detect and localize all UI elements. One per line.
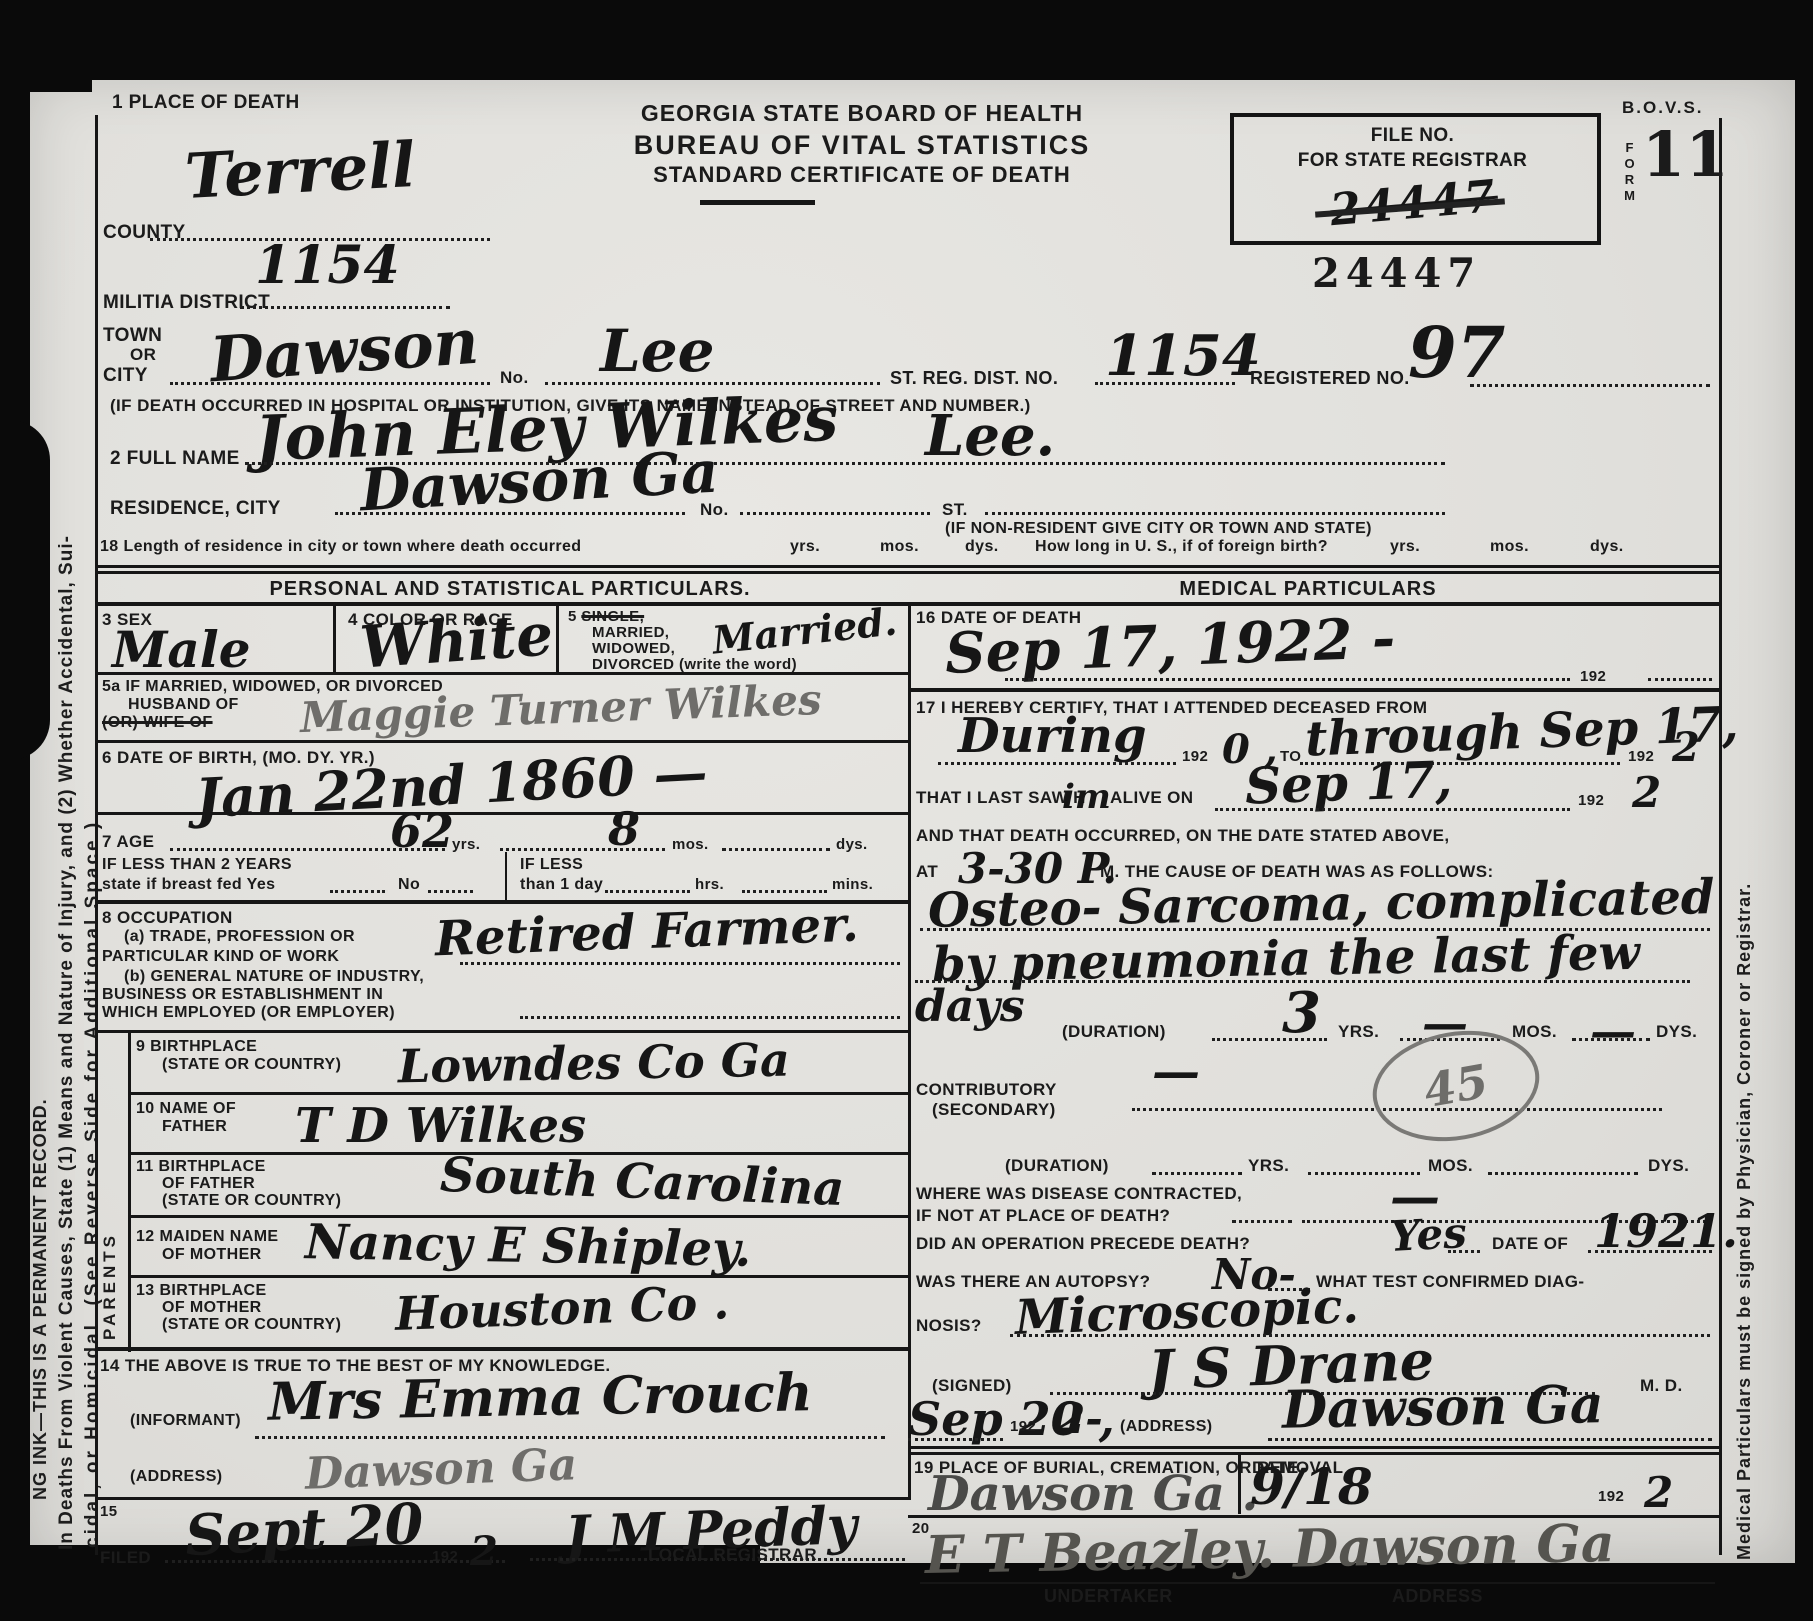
st-reg-dist-label: ST. REG. DIST. NO. <box>890 368 1058 389</box>
residence-value: Dawson Ga <box>359 443 720 520</box>
registered-no-label: REGISTERED NO. <box>1250 368 1410 389</box>
occupation-value: Retired Farmer. <box>434 901 859 964</box>
signed-year-value: 2- <box>1056 1398 1103 1440</box>
militia-district-value: 1154 <box>255 240 400 292</box>
section-title-rule <box>95 602 1719 606</box>
filed-date-value: Sept 20 <box>184 1496 425 1564</box>
duration1-yrs-value: 3 <box>1282 985 1321 1041</box>
from-192-label: 192 <box>1182 748 1208 765</box>
father-name-label: 10 NAME OF <box>136 1100 236 1118</box>
signed-address-line <box>1268 1438 1712 1441</box>
signed-192-label: 192 <box>1010 1418 1036 1435</box>
undertaker-value: E T Beazley. Dawson Ga <box>925 1518 1615 1582</box>
father-name-value: T D Wilkes <box>295 1102 586 1150</box>
residence-st-label: ST. <box>942 500 968 520</box>
rule-mother-row <box>128 1275 908 1278</box>
residence-no-label: No. <box>700 500 729 520</box>
than-1-day-label: than 1 day <box>520 876 603 894</box>
mother-name-value: Nancy E Shipley. <box>305 1218 752 1274</box>
town-no-label: No. <box>500 368 529 388</box>
father-birthplace-sub-label: OF FATHER <box>162 1175 255 1193</box>
filed-label: FILED <box>100 1548 151 1568</box>
burial-place-value: Dawson Ga . <box>928 1470 1258 1518</box>
last-saw-label-1: THAT I LAST SAW H <box>916 788 1086 808</box>
file-no-label: FILE NO. <box>1240 125 1585 147</box>
rule-spouse-row <box>95 740 908 743</box>
operation-date-value: 1921. <box>1594 1208 1738 1254</box>
scan-corner-blob <box>0 0 92 92</box>
rule-signed-row-2 <box>908 1452 1719 1455</box>
duration2-yrs-unit: YRS. <box>1248 1156 1289 1176</box>
duration2-dys-unit: DYS. <box>1648 1156 1689 1176</box>
age-mos-unit: mos. <box>672 836 709 853</box>
birthplace-label: 9 BIRTHPLACE <box>136 1038 257 1056</box>
place-of-death-label: 1 PLACE OF DEATH <box>112 92 300 114</box>
date-of-death-value: Sep 17, 1922 - <box>944 610 1396 682</box>
last-saw-date-value: Sep 17, <box>1244 754 1453 811</box>
informant-address-label: (ADDRESS) <box>130 1468 223 1486</box>
signed-address-label: (ADDRESS) <box>1120 1418 1213 1436</box>
age-months-value: 8 <box>608 806 640 852</box>
dod-year-line <box>1648 678 1712 681</box>
last-saw-year-value: 2 <box>1632 772 1661 814</box>
marital-widowed-label: WIDOWED, <box>592 640 675 657</box>
marital-married-label: MARRIED, <box>592 624 669 641</box>
street-district-value: Lee <box>600 322 715 380</box>
last-saw-him-value: im <box>1062 780 1111 814</box>
duration2-yrs-line <box>1152 1172 1242 1175</box>
age-yrs-unit: yrs. <box>452 836 480 853</box>
signed-address-value: Dawson Ga <box>1282 1379 1604 1437</box>
rule-parents-end <box>95 1347 908 1351</box>
duration1-yrs-unit: YRS. <box>1338 1022 1379 1042</box>
town-line <box>170 382 490 385</box>
race-marital-divider <box>556 604 559 672</box>
secondary-label: (SECONDARY) <box>932 1100 1056 1120</box>
parents-inner-border <box>128 1030 131 1352</box>
duration1-dys-unit: DYS. <box>1656 1022 1697 1042</box>
duration1-mos-unit: MOS. <box>1512 1022 1557 1042</box>
age-years-line <box>170 848 445 851</box>
father-birthplace-value: South Carolina <box>439 1151 845 1213</box>
at-label: AT <box>916 862 938 882</box>
birthplace-value: Lowndes Co Ga <box>398 1037 791 1090</box>
registered-no-value: 97 <box>1408 318 1505 388</box>
race-value: White <box>358 605 555 676</box>
occupation-b1-label: (b) GENERAL NATURE OF INDUSTRY, <box>124 968 424 986</box>
contributory-label: CONTRIBUTORY <box>916 1080 1057 1100</box>
file-no-label-2: FOR STATE REGISTRAR <box>1240 150 1585 172</box>
where-contracted-label-2: IF NOT AT PLACE OF DEATH? <box>916 1206 1170 1226</box>
father-birthplace-country-label: (STATE OR COUNTRY) <box>162 1192 341 1210</box>
sex-race-divider <box>333 604 336 672</box>
residence-length-label: 18 Length of residence in city or town w… <box>100 538 581 556</box>
st-reg-line <box>1095 382 1235 385</box>
burial-year-value: 2 <box>1644 1472 1673 1514</box>
age-sub-divider <box>505 852 507 900</box>
undertaker-label: UNDERTAKER <box>1044 1586 1173 1607</box>
rule-sex-row <box>95 672 908 675</box>
duration2-dys-line <box>1488 1172 1638 1175</box>
filed-number: 15 <box>100 1503 118 1520</box>
form-number: 11 <box>1642 118 1729 191</box>
scan-border-top <box>0 0 1813 80</box>
registered-line <box>1470 384 1710 387</box>
certificate-scan: NG INK—THIS IS A PERMANENT RECORD. In De… <box>0 0 1813 1621</box>
bureau-title: BUREAU OF VITAL STATISTICS <box>612 130 1112 161</box>
parents-vertical-label: PARENTS <box>100 1120 124 1340</box>
date-of-death-line <box>1005 678 1570 681</box>
residence-no-line <box>740 512 930 515</box>
stamp-file-number: 24447 <box>1312 250 1481 297</box>
certificate-title: STANDARD CERTIFICATE OF DEATH <box>612 162 1112 188</box>
medical-section-title: MEDICAL PARTICULARS <box>908 578 1708 601</box>
marital-divorced-label: DIVORCED (write the word) <box>592 656 797 673</box>
county-value: Terrell <box>184 134 417 208</box>
mother-name-sub-label: OF MOTHER <box>162 1246 262 1264</box>
attended-from-line <box>938 762 1176 765</box>
less-than-2-label: IF LESS THAN 2 YEARS <box>102 856 292 874</box>
if-less-label: IF LESS <box>520 856 583 874</box>
rule-dob-row <box>95 812 908 815</box>
last-saw-line <box>1215 808 1570 811</box>
operation-line <box>1448 1250 1480 1253</box>
street-name-value: Lee. <box>925 408 1055 464</box>
attended-from-value: During <box>958 712 1147 760</box>
howlong-dys: dys. <box>1590 538 1624 556</box>
spouse-label-3: (OR) WIFE OF <box>102 714 213 732</box>
militia-district-label: MILITIA DISTRICT <box>103 292 270 314</box>
last-saw-192-label: 192 <box>1578 792 1604 809</box>
double-rule-1 <box>95 565 1719 568</box>
town-label: TOWN <box>103 325 162 347</box>
local-registrar-label: LOCAL REGISTRAR <box>648 1545 817 1565</box>
breast-fed-yes-line <box>330 890 385 893</box>
mother-birthplace-value: Houston Co . <box>394 1279 730 1337</box>
pencil-45-value: 45 <box>1420 1058 1491 1114</box>
marital-single-label: SINGLE, <box>581 608 644 625</box>
bovs-label: B.O.V.S. <box>1622 98 1704 118</box>
residence-length-yrs: yrs. <box>790 538 820 556</box>
last-saw-label-2: ALIVE ON <box>1110 788 1194 808</box>
rule-dod-row <box>908 688 1719 692</box>
signed-date-line <box>908 1438 1003 1441</box>
undertaker-address-label: ADDRESS <box>1392 1586 1483 1607</box>
date-of-operation-label: DATE OF <box>1492 1234 1568 1254</box>
breast-fed-no-label: No <box>398 876 420 894</box>
filed-192-label: 192 <box>432 1548 458 1565</box>
age-dys-unit: dys. <box>836 836 868 853</box>
spouse-label-2: HUSBAND OF <box>128 696 239 714</box>
mother-name-label: 12 MAIDEN NAME <box>136 1228 279 1246</box>
to-year-value: 2 <box>1672 728 1700 768</box>
nosis-label: NOSIS? <box>916 1316 982 1336</box>
sex-value: Male <box>112 625 251 675</box>
double-rule-2 <box>95 571 1719 574</box>
howlong-mos: mos. <box>1490 538 1529 556</box>
breast-fed-no-line <box>428 890 473 893</box>
marital-number: 5 <box>568 608 577 625</box>
operation-label: DID AN OPERATION PRECEDE DEATH? <box>916 1234 1250 1254</box>
margin-note-permanent-record: NG INK—THIS IS A PERMANENT RECORD. <box>30 200 54 1500</box>
occupation-b3-label: WHICH EMPLOYED (OR EMPLOYER) <box>102 1004 395 1022</box>
father-birthplace-label: 11 BIRTHPLACE <box>136 1158 266 1176</box>
duration1-label: (DURATION) <box>1062 1022 1166 1042</box>
howlong-label: How long in U. S., if of foreign birth? <box>1035 538 1328 556</box>
howlong-yrs: yrs. <box>1390 538 1420 556</box>
nonresident-note: (IF NON-RESIDENT GIVE CITY OR TOWN AND S… <box>945 520 1372 538</box>
age-label: 7 AGE <box>102 832 154 852</box>
informant-value: Mrs Emma Crouch <box>268 1367 813 1428</box>
informant-label: (INFORMANT) <box>130 1412 241 1430</box>
form-border-right <box>1719 118 1722 1555</box>
contributory-dash: — <box>1152 1048 1200 1096</box>
city-label: CITY <box>103 365 148 387</box>
scan-border-right <box>1795 0 1813 1621</box>
hrs-unit: hrs. <box>695 876 724 893</box>
death-occurred-label: AND THAT DEATH OCCURRED, ON THE DATE STA… <box>916 826 1449 846</box>
column-divider <box>908 602 911 1500</box>
residence-length-mos: mos. <box>880 538 919 556</box>
birthplace-sub-label: (STATE OR COUNTRY) <box>162 1056 341 1074</box>
duration2-label: (DURATION) <box>1005 1156 1109 1176</box>
mother-birthplace-sub-label: OF MOTHER <box>162 1299 262 1317</box>
personal-section-title: PERSONAL AND STATISTICAL PARTICULARS. <box>120 578 900 601</box>
residence-line <box>335 512 685 515</box>
father-name-sub-label: FATHER <box>162 1118 227 1136</box>
operation-date-line <box>1588 1250 1712 1253</box>
breast-fed-label: state if breast fed Yes <box>102 876 275 894</box>
dod-192-label: 192 <box>1580 668 1606 685</box>
age-days-line <box>722 848 830 851</box>
town-or-label: OR <box>130 345 156 365</box>
mother-birthplace-label: 13 BIRTHPLACE <box>136 1282 267 1300</box>
occupation-b2-label: BUSINESS OR ESTABLISHMENT IN <box>102 986 383 1004</box>
informant-address-value: Dawson Ga <box>304 1443 577 1496</box>
mins-unit: mins. <box>832 876 873 893</box>
hrs-line <box>605 890 690 893</box>
burial-date-value: 9/18 <box>1250 1462 1373 1512</box>
st-reg-dist-value: 1154 <box>1105 328 1261 384</box>
residence-label: RESIDENCE, CITY <box>110 498 281 520</box>
form-word-label: FORM <box>1622 140 1637 204</box>
rule-signed-row-1 <box>908 1446 1719 1449</box>
residence-length-dys: dys. <box>965 538 999 556</box>
undertaker-line <box>920 1582 1715 1584</box>
title-divider <box>700 200 815 205</box>
duration1-dys-dash: — <box>1590 1008 1636 1054</box>
to-192-label: 192 <box>1628 748 1654 765</box>
occupation-line <box>460 962 900 965</box>
occupation-label: 8 OCCUPATION <box>102 908 233 928</box>
full-name-label: 2 FULL NAME <box>110 448 240 470</box>
filed-year-value: 2 <box>470 1532 498 1572</box>
where-contracted-label-1: WHERE WAS DISEASE CONTRACTED, <box>916 1184 1242 1204</box>
form-border-left <box>95 115 98 1555</box>
occupation-a1-label: (a) TRADE, PROFESSION OR <box>124 928 355 946</box>
employer-line <box>520 1016 900 1019</box>
cause-line-3: days <box>915 985 1025 1029</box>
occupation-a2-label: PARTICULAR KIND OF WORK <box>102 948 339 966</box>
scan-border-left <box>0 0 30 1621</box>
md-label: M. D. <box>1640 1376 1683 1396</box>
residence-st-line <box>985 512 1445 515</box>
margin-note-violent-causes: In Deaths From Violent Causes, State (1)… <box>56 170 80 1550</box>
rule-birthplace-row <box>128 1092 908 1095</box>
board-title: GEORGIA STATE BOARD OF HEALTH <box>612 100 1112 127</box>
town-value: Dawson <box>208 311 480 392</box>
mins-line <box>742 890 827 893</box>
where-line-short <box>1232 1220 1292 1223</box>
margin-note-medical-particulars: Medical Particulars must be signed by Ph… <box>1734 260 1760 1560</box>
age-months-line <box>500 848 665 851</box>
mother-birthplace-country-label: (STATE OR COUNTRY) <box>162 1316 341 1334</box>
burial-192-label: 192 <box>1598 1488 1624 1505</box>
